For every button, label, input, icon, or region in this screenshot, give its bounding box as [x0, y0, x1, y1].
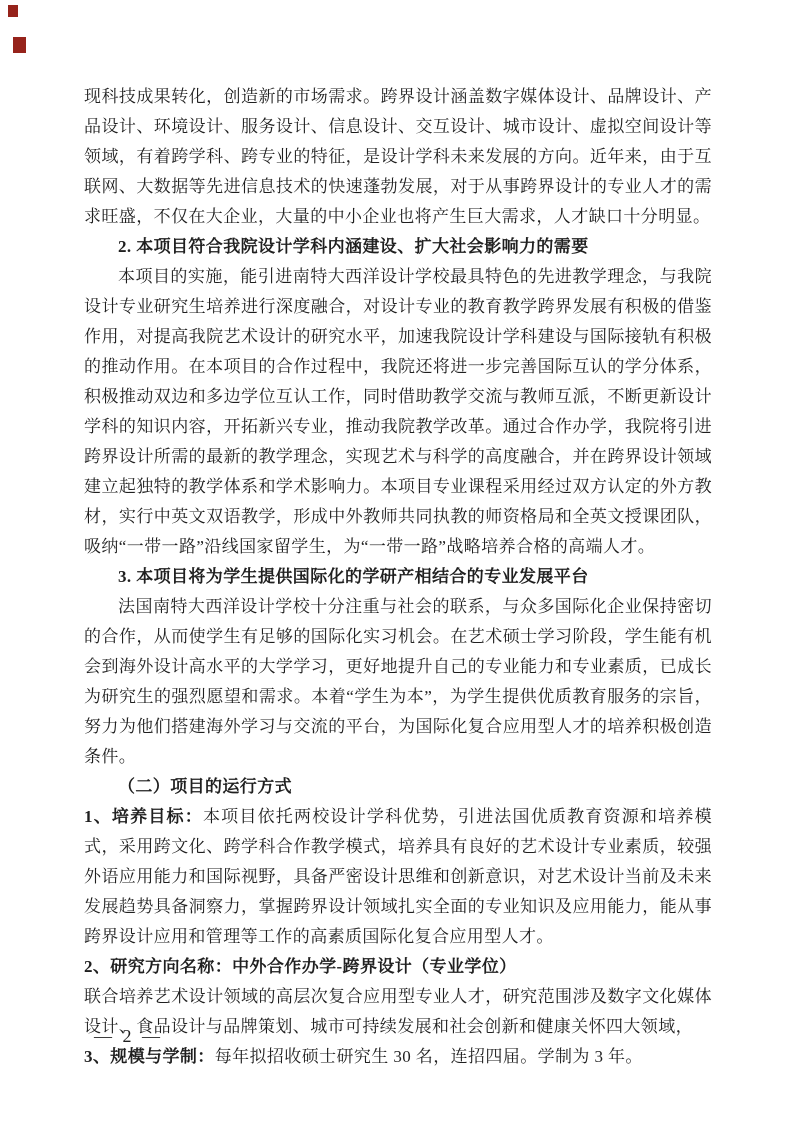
- list-item-scale-duration: 3、规模与学制：每年拟招收硕士研究生 30 名，连招四届。学制为 3 年。: [84, 1042, 712, 1072]
- body-paragraph-section-2: 本项目的实施，能引进南特大西洋设计学校最具特色的先进教学理念，与我院设计专业研究…: [84, 262, 712, 562]
- section-heading-2: 2. 本项目符合我院设计学科内涵建设、扩大社会影响力的需要: [84, 232, 712, 262]
- list-item-training-goal-label: 1、培养目标：: [84, 807, 203, 826]
- red-corner-mark-large: [13, 37, 26, 53]
- section-heading-3: 3. 本项目将为学生提供国际化的学研产相结合的专业发展平台: [84, 562, 712, 592]
- list-item-training-goal: 1、培养目标：本项目依托两校设计学科优势，引进法国优质教育资源和培养模式，采用跨…: [84, 802, 712, 952]
- document-body: 现科技成果转化，创造新的市场需求。跨界设计涵盖数字媒体设计、品牌设计、产品设计、…: [84, 82, 712, 1072]
- document-page: 现科技成果转化，创造新的市场需求。跨界设计涵盖数字媒体设计、品牌设计、产品设计、…: [0, 0, 793, 1122]
- list-item-research-direction-text: 联合培养艺术设计领域的高层次复合应用型专业人才，研究范围涉及数字文化媒体设计、食…: [84, 982, 712, 1042]
- body-paragraph-section-3: 法国南特大西洋设计学校十分注重与社会的联系，与众多国际化企业保持密切的合作，从而…: [84, 592, 712, 772]
- page-number: — 2 —: [94, 1022, 163, 1050]
- list-item-research-direction-heading: 2、研究方向名称：中外合作办学-跨界设计（专业学位）: [84, 952, 712, 982]
- red-corner-mark-small: [8, 5, 18, 17]
- body-paragraph-continued: 现科技成果转化，创造新的市场需求。跨界设计涵盖数字媒体设计、品牌设计、产品设计、…: [84, 82, 712, 232]
- list-item-training-goal-text: 本项目依托两校设计学科优势，引进法国优质教育资源和培养模式，采用跨文化、跨学科合…: [84, 807, 712, 946]
- subsection-heading-operation-mode: （二）项目的运行方式: [84, 772, 712, 802]
- list-item-scale-duration-text: 每年拟招收硕士研究生 30 名，连招四届。学制为 3 年。: [215, 1047, 643, 1066]
